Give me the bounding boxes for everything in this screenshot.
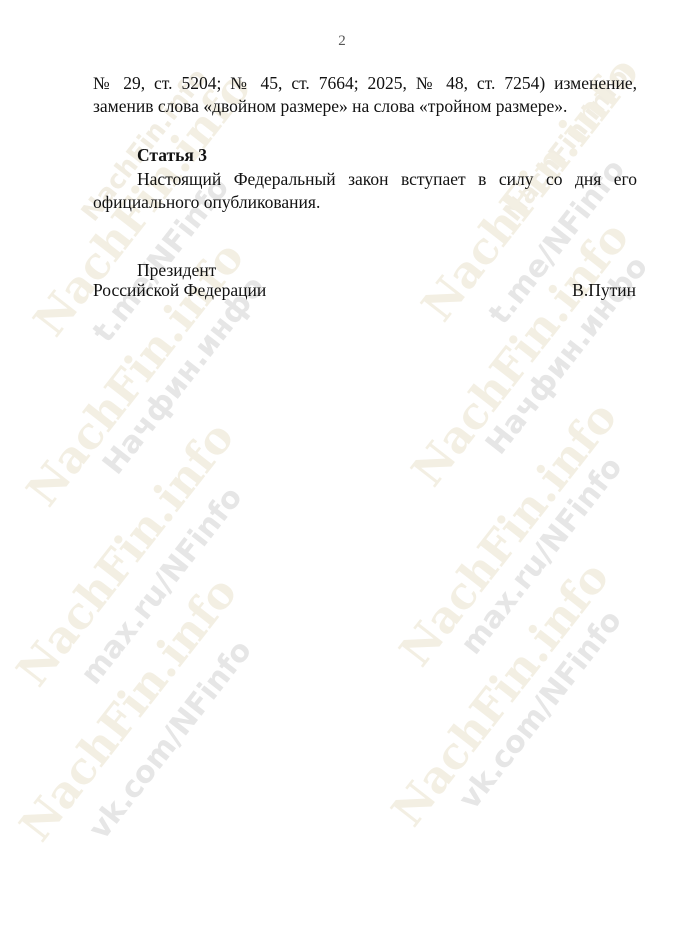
article-heading: Статья 3 bbox=[137, 145, 207, 166]
text-line: № 29, ст. 5204; № 45, ст. 7664; 2025, № … bbox=[93, 72, 637, 95]
continuation-paragraph: № 29, ст. 5204; № 45, ст. 7664; 2025, № … bbox=[93, 72, 637, 118]
text-line: Настоящий Федеральный закон вступает в с… bbox=[93, 168, 637, 191]
signature-name: В.Путин bbox=[572, 280, 636, 301]
page-number: 2 bbox=[0, 33, 684, 50]
article-paragraph: Настоящий Федеральный закон вступает в с… bbox=[93, 168, 637, 214]
text-line: заменив слова «двойном размере» на слова… bbox=[93, 95, 637, 118]
signature-title: Президент bbox=[137, 260, 216, 281]
signature-organization: Российской Федерации bbox=[93, 280, 266, 301]
document-page: 2 № 29, ст. 5204; № 45, ст. 7664; 2025, … bbox=[0, 0, 684, 938]
text-line: официального опубликования. bbox=[93, 191, 637, 214]
